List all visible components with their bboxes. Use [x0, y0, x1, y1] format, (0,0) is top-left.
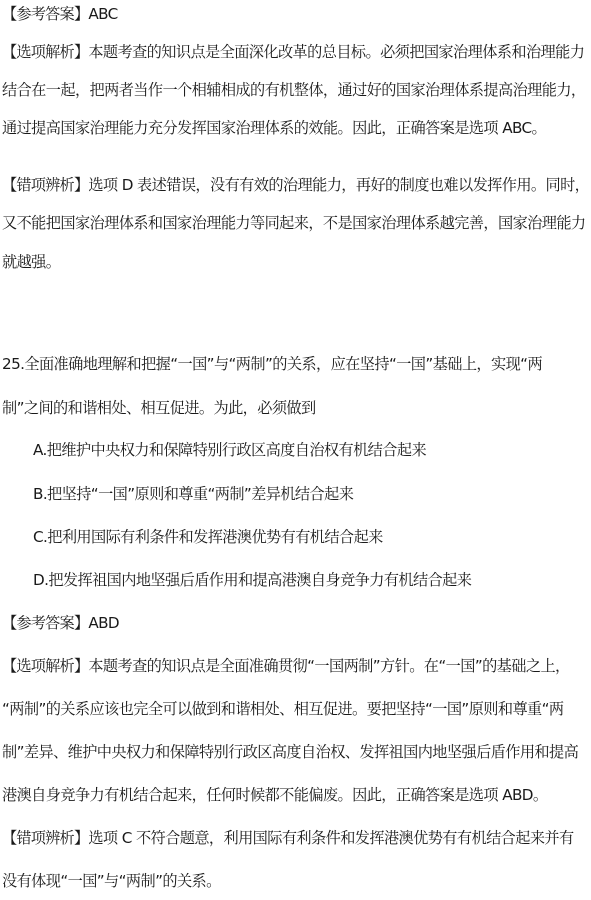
error-tag: 【错项辨析】	[2, 176, 88, 194]
q25-option-b: B.把坚持“一国”原则和尊重“两制”差异机结合起来	[33, 483, 589, 505]
error-text: 选项 C 不符合题意，利用国际有利条件和发挥港澳优势有有机结合起来并有	[88, 829, 573, 847]
q24-error-line-2: 又不能把国家治理体系和国家治理能力等同起来，不是国家治理体系越完善，国家治理能力	[2, 212, 589, 234]
q24-error-line-1: 【错项辨析】选项 D 表述错误，没有有效的治理能力，再好的制度也难以发挥作用。同…	[2, 174, 589, 196]
q25-analysis-line-2: “两制”的关系应该也完全可以做到和谐相处、相互促进。要把坚持“一国”原则和尊重“…	[2, 698, 589, 720]
q24-analysis-line-3: 通过提高国家治理能力充分发挥国家治理体系的效能。因此，正确答案是选项 ABC。	[2, 117, 589, 139]
q25-stem-line-2: 制”之间的和谐相处、相互促进。为此，必须做到	[2, 397, 589, 419]
q24-analysis-line-2: 结合在一起，把两者当作一个相辅相成的有机整体，通过好的国家治理体系提高治理能力，	[2, 79, 589, 101]
q25-option-a: A.把维护中央权力和保障特别行政区高度自治权有机结合起来	[33, 439, 589, 461]
analysis-tag: 【选项解析】	[2, 43, 88, 61]
q25-answer-line: 【参考答案】ABD	[2, 612, 589, 634]
q25-analysis-line-1: 【选项解析】本题考查的知识点是全面准确贯彻“一国两制”方针。在“一国”的基础之上…	[2, 655, 589, 677]
q25-option-d: D.把发挥祖国内地坚强后盾作用和提高港澳自身竞争力有机结合起来	[33, 569, 589, 591]
error-text: 选项 D 表述错误，没有有效的治理能力，再好的制度也难以发挥作用。同时，	[88, 176, 589, 194]
answer-tag: 【参考答案】	[2, 5, 88, 23]
q24-analysis-line-1: 【选项解析】本题考查的知识点是全面深化改革的总目标。必须把国家治理体系和治理能力	[2, 41, 589, 63]
q25-error-line-1: 【错项辨析】选项 C 不符合题意，利用国际有利条件和发挥港澳优势有有机结合起来并…	[2, 827, 589, 849]
q25-analysis-line-3: 制”差异、维护中央权力和保障特别行政区高度自治权、发挥祖国内地坚强后盾作用和提高	[2, 741, 589, 763]
analysis-text: 本题考查的知识点是全面准确贯彻“一国两制”方针。在“一国”的基础之上，	[88, 657, 569, 675]
analysis-tag: 【选项解析】	[2, 657, 88, 675]
q25-analysis-line-4: 港澳自身竞争力有机结合起来，任何时候都不能偏废。因此，正确答案是选项 ABD。	[2, 784, 589, 806]
error-tag: 【错项辨析】	[2, 829, 88, 847]
q25-option-c: C.把利用国际有利条件和发挥港澳优势有有机结合起来	[33, 526, 589, 548]
q24-answer-line: 【参考答案】ABC	[2, 3, 589, 25]
analysis-text: 本题考查的知识点是全面深化改革的总目标。必须把国家治理体系和治理能力	[88, 43, 584, 61]
answer-value: ABC	[88, 5, 117, 23]
answer-tag: 【参考答案】	[2, 614, 88, 632]
q24-error-line-3: 就越强。	[2, 251, 589, 273]
q25-error-line-2: 没有体现“一国”与“两制”的关系。	[2, 870, 589, 892]
q25-stem-line-1: 25.全面准确地理解和把握“一国”与“两制”的关系，应在坚持“一国”基础上，实现…	[2, 353, 589, 375]
answer-value: ABD	[88, 614, 119, 632]
